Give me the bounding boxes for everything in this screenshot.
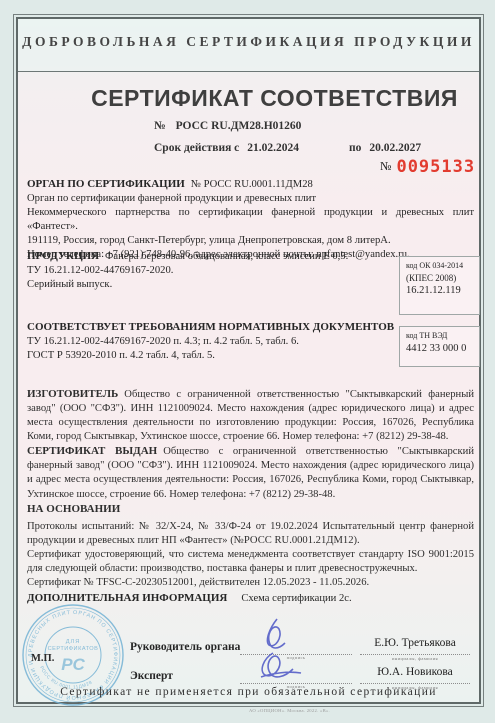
signature-line-expert: подпись — [240, 665, 352, 684]
signatory-name-head: Е.Ю. Третьякова инициалы, фамилия — [360, 637, 470, 655]
name-caption: инициалы, фамилия — [360, 656, 470, 661]
signature-role-expert: Эксперт — [130, 670, 173, 682]
basis-heading: НА ОСНОВАНИИ — [27, 503, 120, 515]
compliance-line: ГОСТ Р 53920-2010 п. 4.2 табл. 4, табл. … — [27, 349, 395, 363]
basis-paragraph: Протоколы испытаний: № 32/Х-24, № 33/Ф-2… — [27, 520, 474, 548]
basis-paragraph: Сертификат № TFSC-C-20230512001, действи… — [27, 576, 474, 590]
printer-imprint: АО «ОПЦИОН». Москва. 2022. «В». — [0, 708, 495, 713]
product-heading: ПРОДУКЦИЯ — [27, 250, 99, 262]
product-line: ТУ 16.21.12-002-44769167-2020. — [27, 264, 395, 278]
valid-to-label: по — [349, 142, 361, 154]
validity-to-line: по20.02.2027 — [349, 142, 421, 154]
band-title: ДОБРОВОЛЬНАЯ СЕРТИФИКАЦИЯ ПРОДУКЦИИ — [22, 34, 475, 50]
product-line: Серийный выпуск. — [27, 278, 395, 292]
footer-note: Сертификат не применяется при обязательн… — [18, 686, 479, 698]
compliance-heading: СООТВЕТСТВУЕТ ТРЕБОВАНИЯМ НОРМАТИВНЫХ ДО… — [27, 321, 394, 333]
manufacturer-paragraph: ИЗГОТОВИТЕЛЬОбщество с ограниченной отве… — [27, 387, 474, 444]
certificate-inner-border: ДОБРОВОЛЬНАЯ СЕРТИФИКАЦИЯ ПРОДУКЦИИ СЕРТ… — [16, 17, 481, 704]
basis-heading-line: НА ОСНОВАНИИ — [27, 502, 474, 517]
issued-to-heading: СЕРТИФИКАТ ВЫДАН — [27, 445, 157, 457]
number-sign: № — [154, 120, 166, 132]
form-number-red: 0095133 — [396, 157, 475, 177]
certificate-number: РОСС RU.ДМ28.Н01260 — [176, 120, 302, 132]
valid-to-date: 20.02.2027 — [369, 142, 421, 154]
additional-info-text: Схема сертификации 2с. — [241, 593, 351, 604]
validity-from-line: Срок действия с21.02.2024 — [154, 142, 299, 154]
valid-from-date: 21.02.2024 — [247, 142, 299, 154]
signatory-name-expert: Ю.А. Новикова инициалы, фамилия — [360, 666, 470, 684]
stamp-center-line1: ДЛЯ — [66, 639, 81, 645]
compliance-section: СООТВЕТСТВУЕТ ТРЕБОВАНИЯМ НОРМАТИВНЫХ ДО… — [27, 320, 395, 363]
stamp-logo: РС — [61, 655, 85, 674]
form-number-sign: № — [380, 159, 391, 173]
org-line: Некоммерческого партнерства по сертифика… — [27, 206, 474, 234]
scanned-certificate-page: { "header": { "band_title": "ДОБРОВОЛЬНА… — [0, 0, 495, 723]
manufacturer-heading: ИЗГОТОВИТЕЛЬ — [27, 388, 118, 400]
compliance-line: ТУ 16.21.12-002-44769167-2020 п. 4.3; п.… — [27, 335, 395, 349]
issued-to-paragraph: СЕРТИФИКАТ ВЫДАНОбщество с ограниченной … — [27, 444, 474, 501]
page-title: СЕРТИФИКАТ СООТВЕТСТВИЯ — [18, 85, 479, 112]
form-number-line: №0095133 — [380, 157, 475, 177]
certificate-number-line: №РОСС RU.ДМ28.Н01260 — [154, 120, 301, 132]
product-section: ПРОДУКЦИЯФанера березовая облицованная, … — [27, 249, 395, 292]
validity-label: Срок действия с — [154, 142, 239, 154]
tnved-code-box: код ТН ВЭД 4412 33 000 0 — [399, 326, 480, 367]
ok-code-sub: (КПЕС 2008) — [406, 272, 473, 284]
ok-code-value: 16.21.12.119 — [406, 284, 473, 298]
basis-paragraph: Сертификат удостоверяющий, что система м… — [27, 548, 474, 576]
stamp-center-line2: СЕРТИФИКАТОВ — [48, 646, 99, 652]
org-heading: ОРГАН ПО СЕРТИФИКАЦИИ — [27, 178, 185, 190]
ok-code-label: код ОК 034-2014 — [406, 261, 473, 272]
org-reg-number: № РОСС RU.0001.11ДМ28 — [191, 179, 313, 190]
product-line: Фанера березовая облицованная, класс эми… — [105, 251, 348, 262]
signature-line-head: подпись — [240, 636, 352, 655]
signature-role-head: Руководитель органа — [130, 641, 240, 653]
org-line: Орган по сертификации фанерной продукции… — [27, 192, 474, 206]
tnved-value: 4412 33 000 0 — [406, 342, 473, 356]
signature-caption: подпись — [240, 655, 352, 660]
tnved-label: код ТН ВЭД — [406, 331, 473, 342]
main-text-block: ИЗГОТОВИТЕЛЬОбщество с ограниченной отве… — [27, 387, 474, 590]
stamp-place-label: М.П. — [31, 653, 54, 664]
certificate-outer-border: ДОБРОВОЛЬНАЯ СЕРТИФИКАЦИЯ ПРОДУКЦИИ СЕРТ… — [13, 14, 484, 707]
header-band: ДОБРОВОЛЬНАЯ СЕРТИФИКАЦИЯ ПРОДУКЦИИ — [18, 19, 479, 72]
org-line: 191119, Россия, город Санкт-Петербург, у… — [27, 234, 474, 248]
ok-code-box: код ОК 034-2014 (КПЕС 2008) 16.21.12.119 — [399, 256, 480, 315]
